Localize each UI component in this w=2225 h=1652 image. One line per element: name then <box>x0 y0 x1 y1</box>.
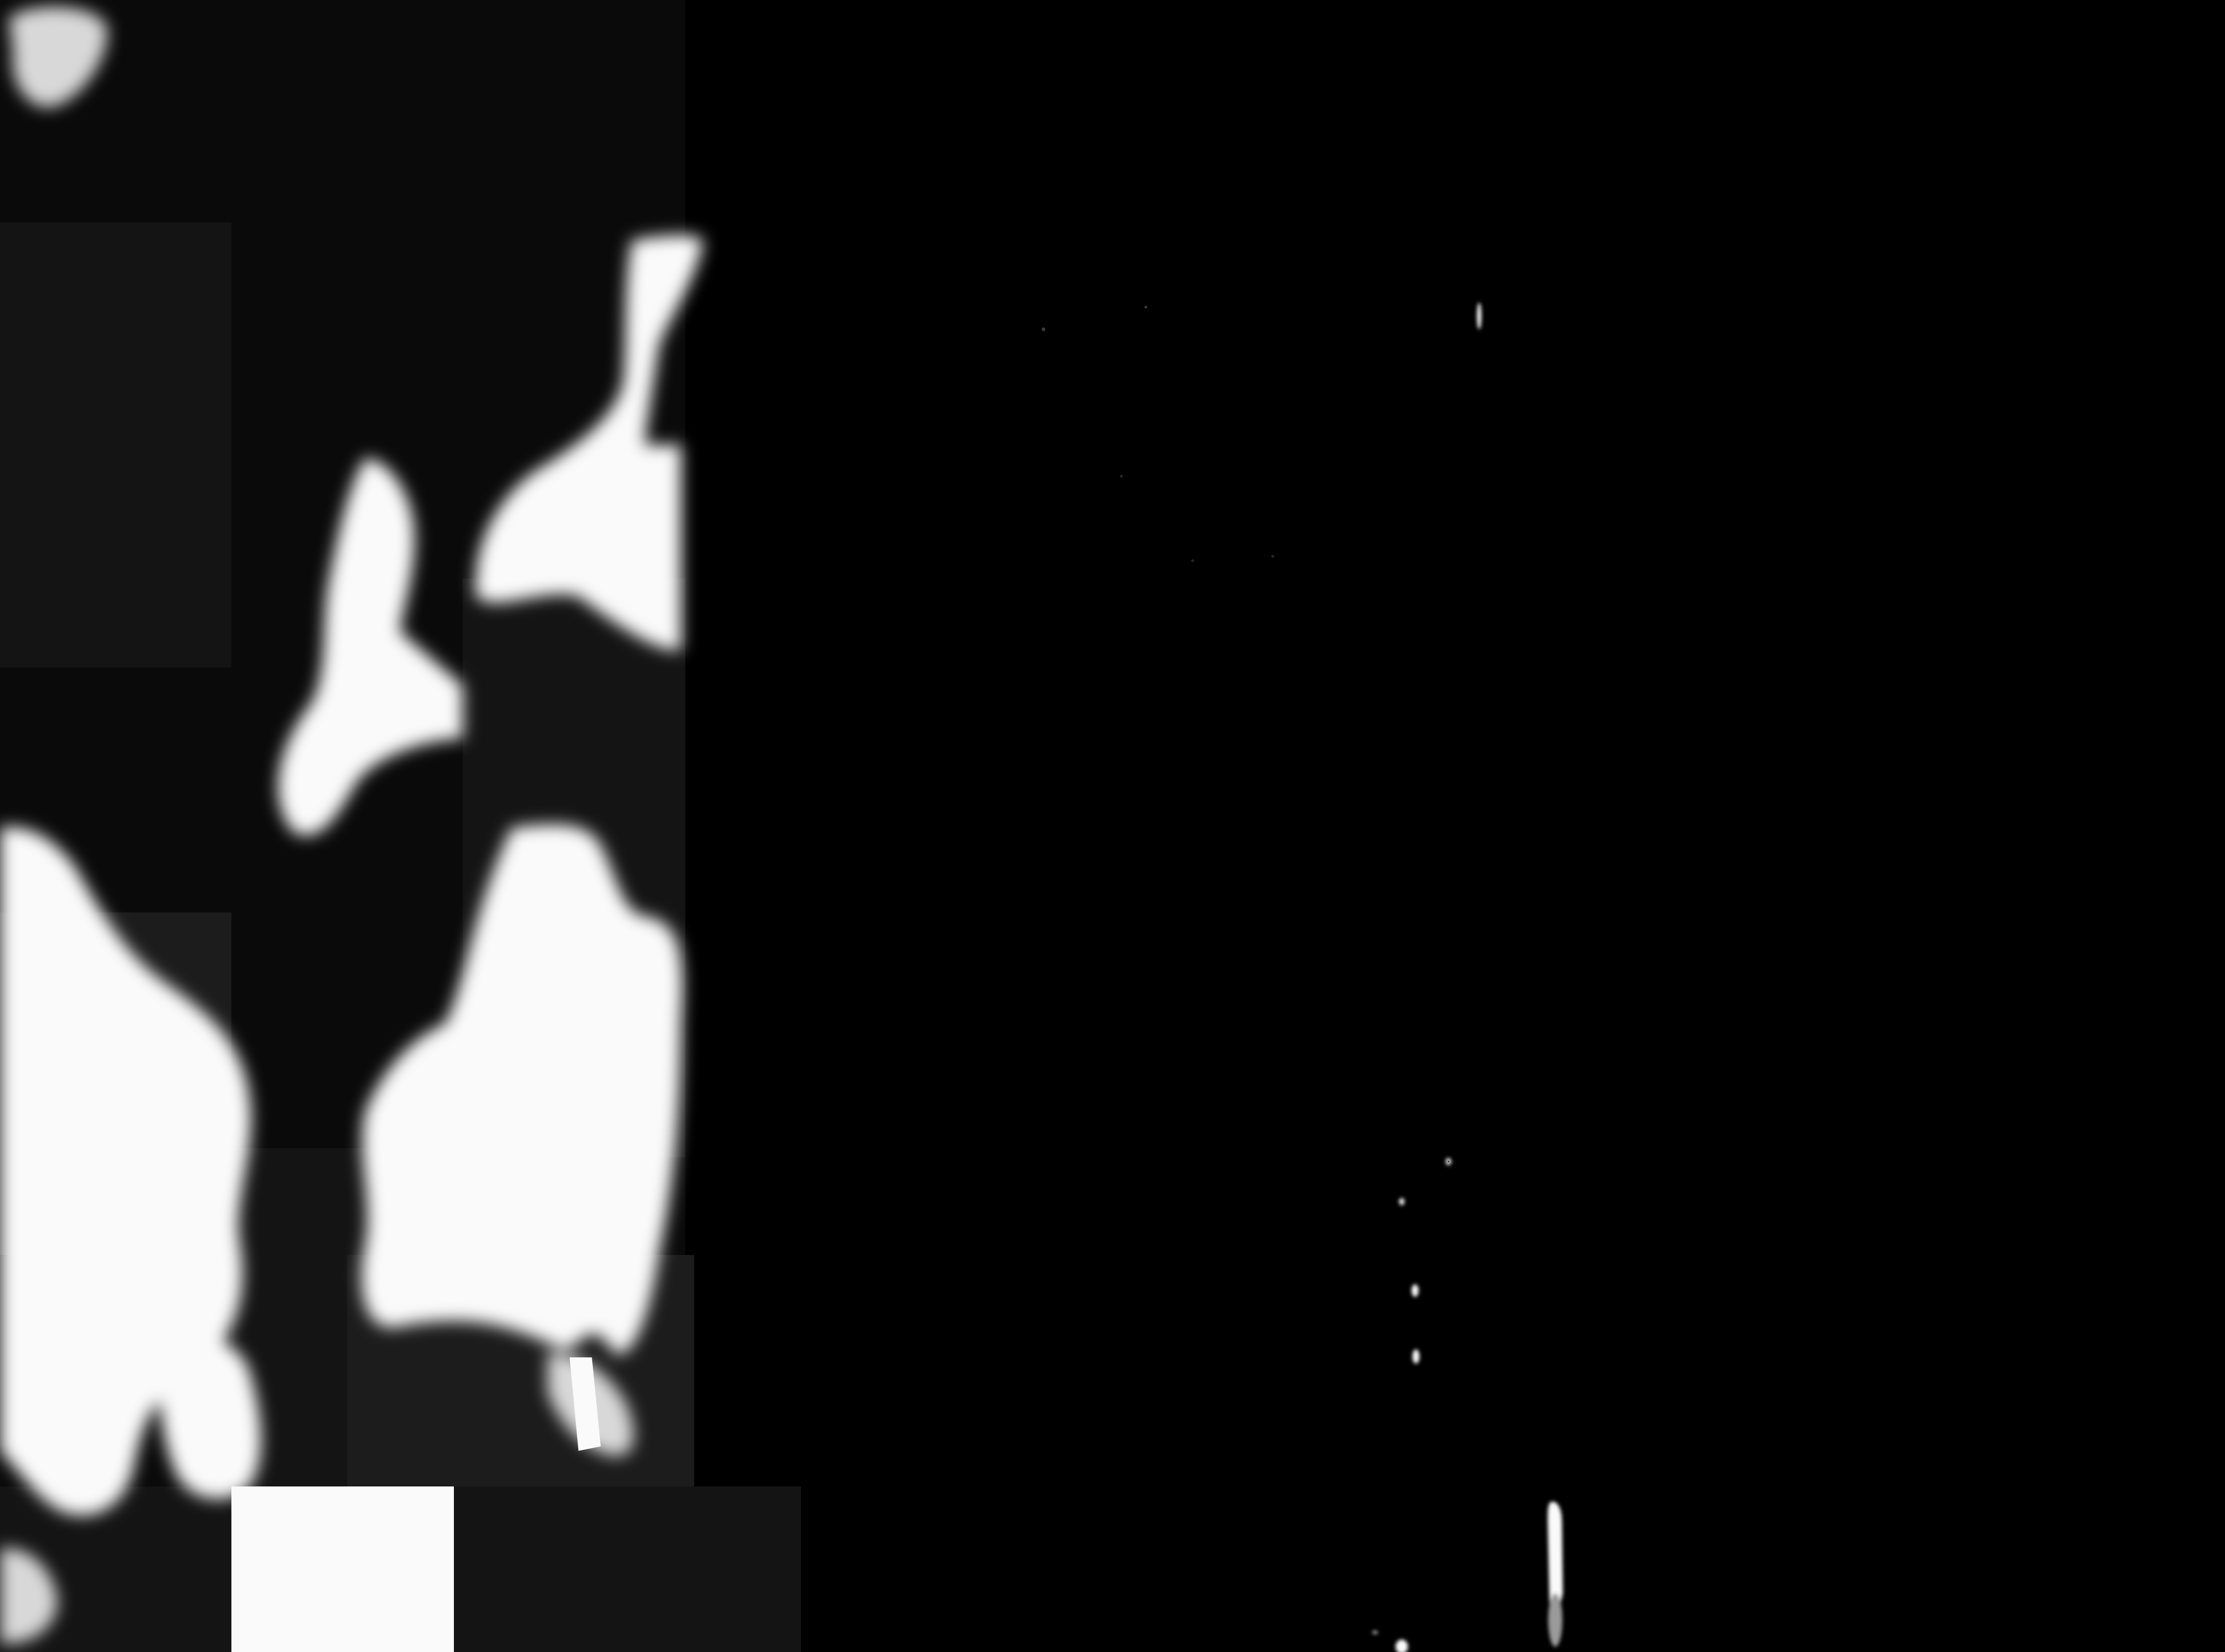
mask-layer <box>0 0 2225 1652</box>
faint-specks <box>1042 306 1449 1162</box>
ship-detections <box>1372 260 2225 1652</box>
segmentation-mask <box>0 0 2225 1652</box>
